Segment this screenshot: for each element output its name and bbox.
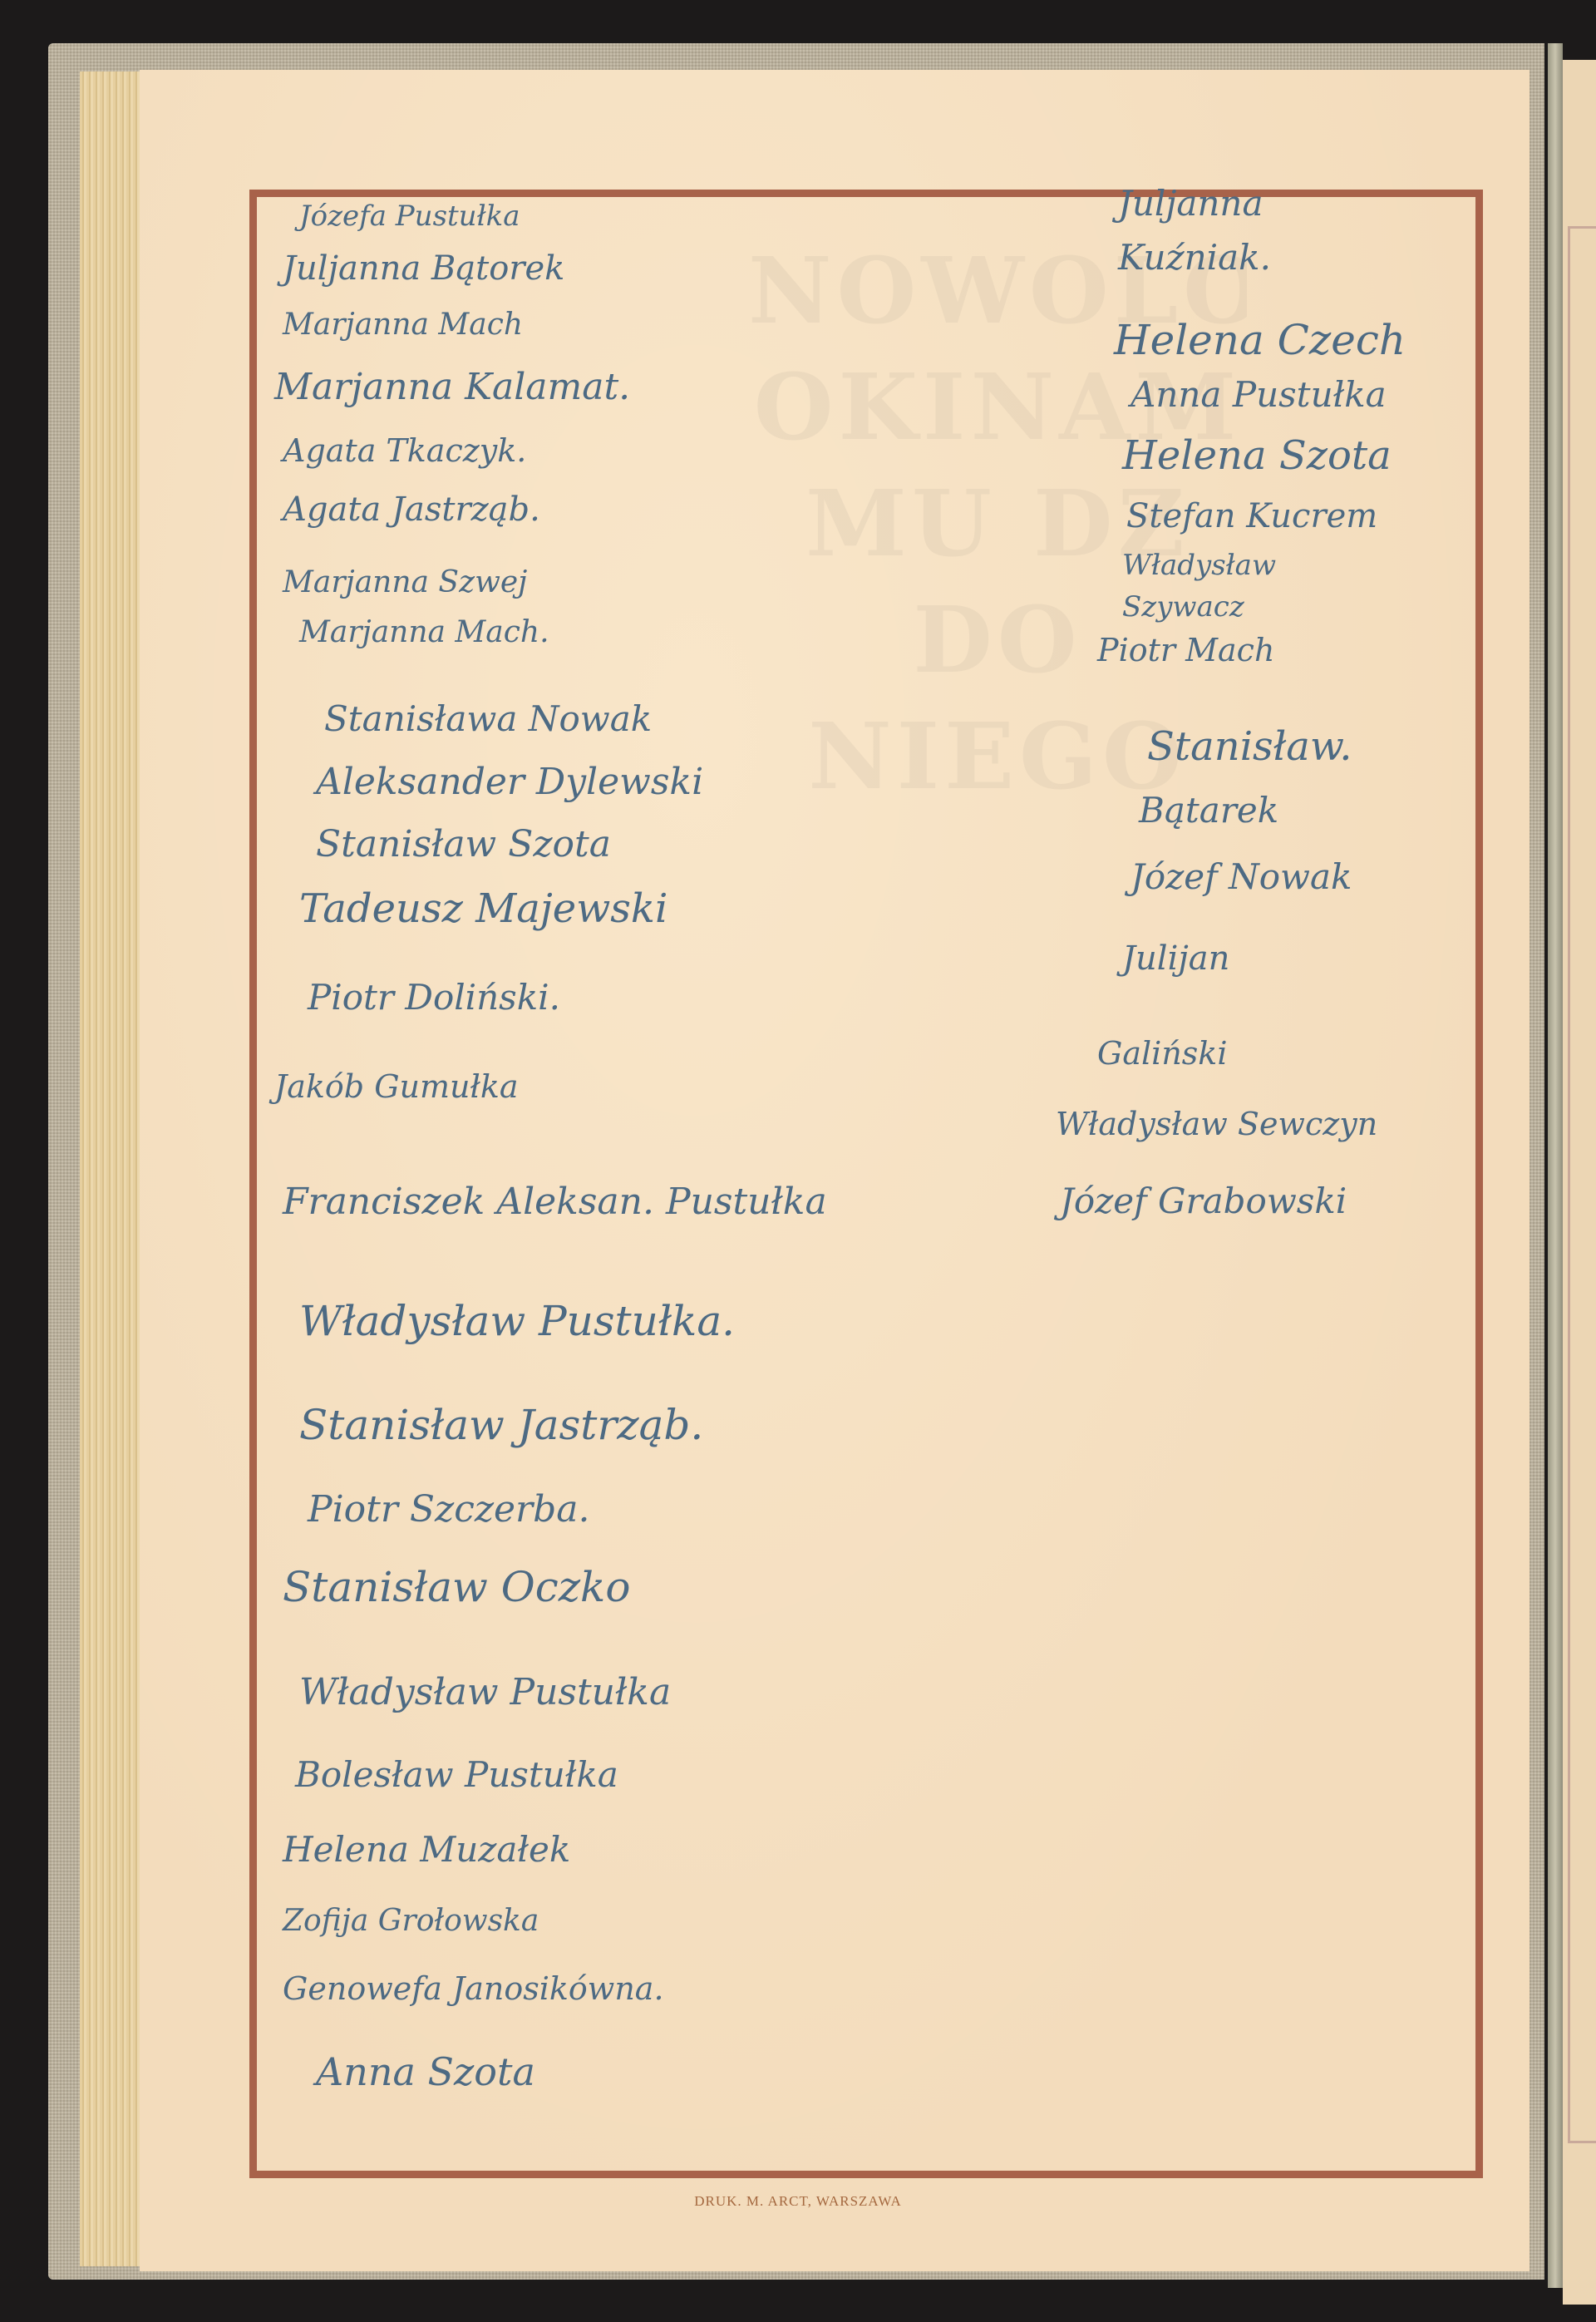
book-gutter — [1548, 43, 1563, 2288]
signature-entry: Juljanna — [1118, 183, 1263, 224]
signature-entry: Marjanna Mach — [283, 308, 523, 342]
signature-entry: Agata Tkaczyk. — [283, 432, 526, 469]
page-edges — [80, 71, 143, 2266]
signature-entry: Marjanna Kalamat. — [274, 366, 630, 408]
signature-entry: Stanisław Jastrząb. — [299, 1401, 703, 1449]
signature-entry: Józefa Pustułka — [299, 200, 520, 233]
signature-entry: Władysław — [1122, 549, 1276, 582]
signature-entry: Józef Nowak — [1130, 856, 1352, 897]
signature-entry: Galiński — [1097, 1035, 1227, 1072]
signature-entry: Helena Czech — [1114, 316, 1406, 364]
signature-entry: Piotr Szczerba. — [308, 1488, 589, 1531]
signature-entry: Władysław Pustułka. — [299, 1297, 735, 1345]
signature-entry: Kuźniak. — [1118, 237, 1271, 278]
adjacent-page — [1563, 60, 1596, 2305]
signature-entry: Władysław Pustułka — [299, 1671, 671, 1713]
signature-entry: Agata Jastrząb. — [283, 491, 540, 529]
signature-entry: Anna Szota — [316, 2049, 535, 2094]
signature-entry: Zofija Grołowska — [283, 1904, 539, 1938]
signature-entry: Franciszek Aleksan. Pustułka — [283, 1181, 827, 1223]
signature-entry: Marjanna Szwej — [283, 565, 527, 599]
signature-entry: Szywacz — [1122, 590, 1244, 624]
signature-entry: Aleksander Dylewski — [316, 761, 703, 803]
signature-entry: Bolesław Pustułka — [295, 1754, 618, 1795]
signature-entry: Genowefa Janosikówna. — [283, 1970, 664, 2007]
signature-entry: Jakób Gumułka — [274, 1068, 519, 1105]
signature-entry: Stanisław Oczko — [283, 1563, 630, 1611]
signature-entry: Piotr Mach — [1097, 632, 1274, 668]
signature-entry: Helena Szota — [1122, 432, 1392, 479]
signature-entry: Julijan — [1122, 939, 1229, 978]
printer-imprint: DRUK. M. ARCT, WARSZAWA — [0, 2193, 1596, 2210]
signature-entry: Piotr Doliński. — [308, 977, 560, 1018]
signature-entry: Anna Pustułka — [1130, 374, 1387, 415]
signature-entry: Józef Grabowski — [1060, 1181, 1347, 1221]
signature-entry: Stanisław Szota — [316, 823, 611, 865]
signature-entry: Stefan Kucrem — [1126, 497, 1377, 535]
signature-entry: Tadeusz Majewski — [299, 885, 667, 932]
signature-entry: Juljanna Bątorek — [283, 249, 564, 288]
signature-entry: Bątarek — [1139, 790, 1278, 831]
signature-entry: Stanisław. — [1147, 723, 1352, 770]
signature-entry: Stanisława Nowak — [324, 698, 652, 739]
signature-entry: Marjanna Mach. — [299, 615, 549, 649]
signature-entry: Władysław Sewczyn — [1056, 1106, 1377, 1142]
signature-entry: Helena Muzałek — [283, 1829, 570, 1870]
